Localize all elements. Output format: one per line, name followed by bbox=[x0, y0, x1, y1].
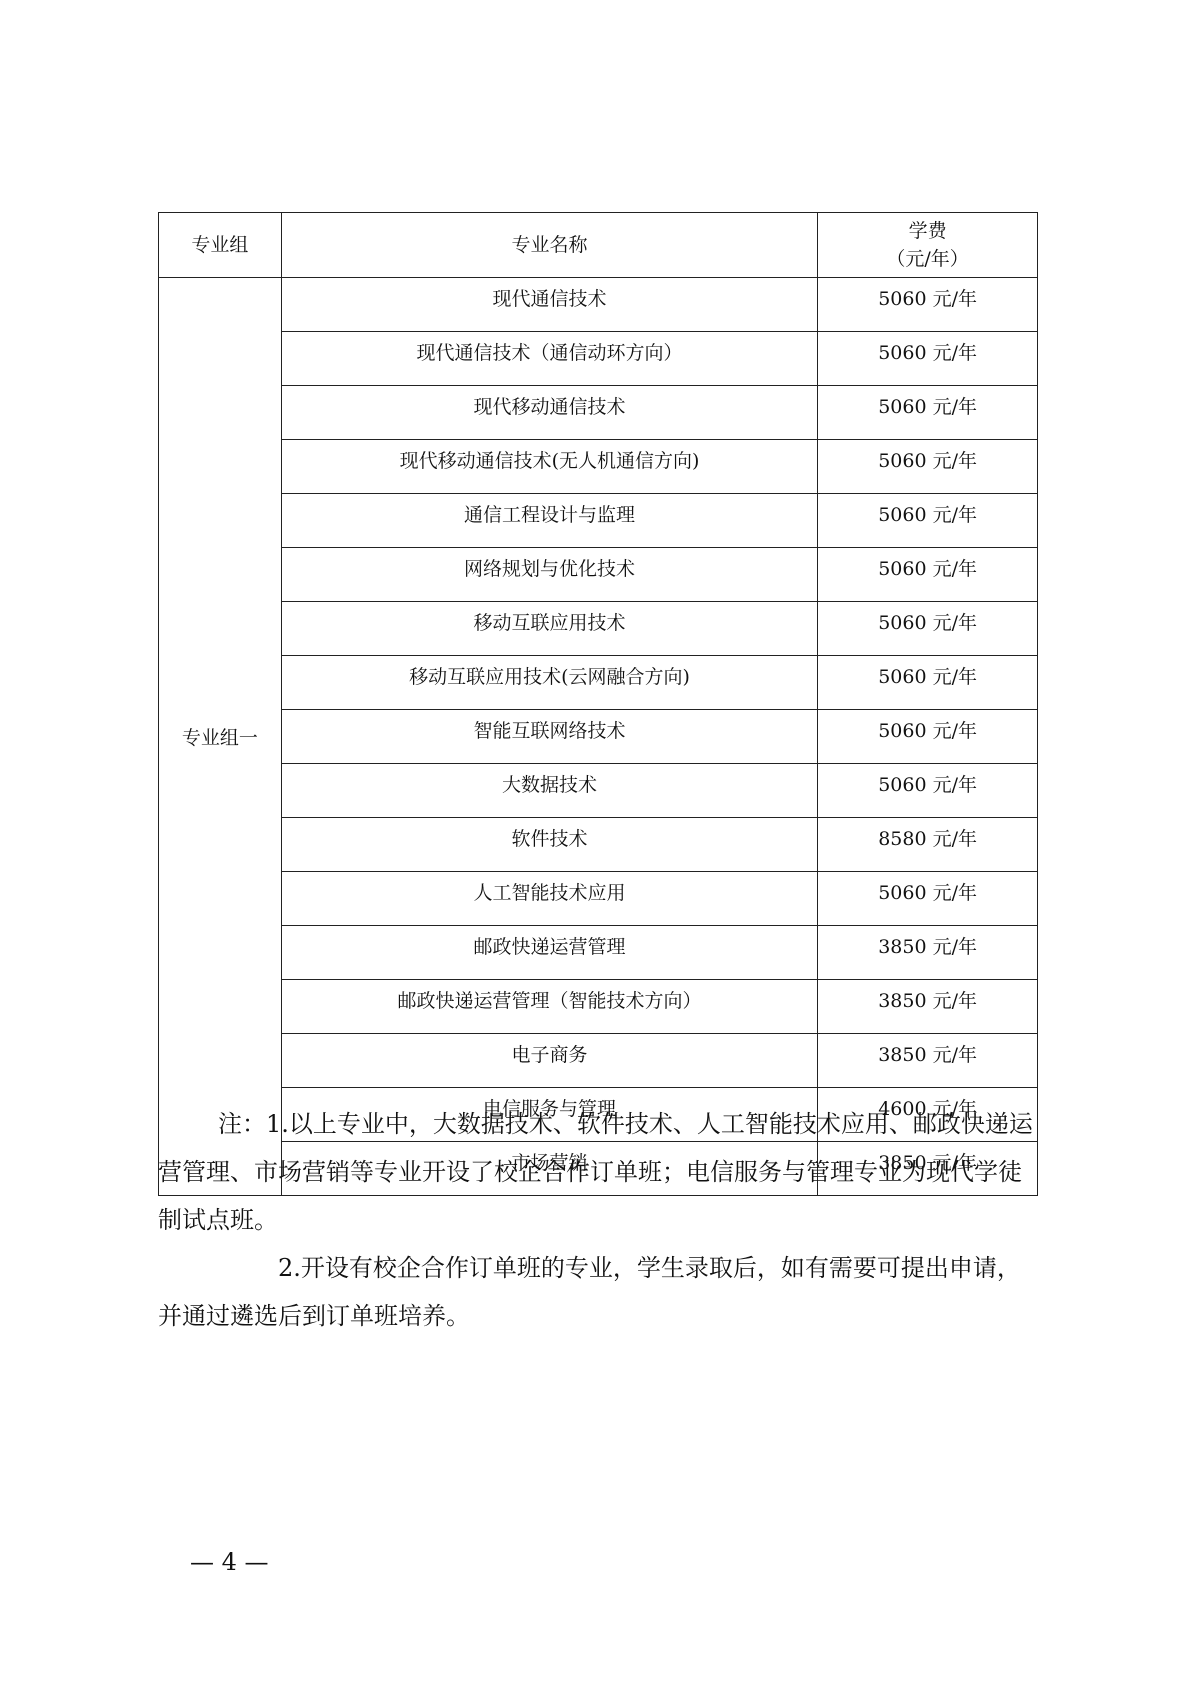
fee-cell: 3850 元/年 bbox=[818, 926, 1038, 980]
table-row: 电子商务3850 元/年 bbox=[159, 1034, 1038, 1088]
table-row: 邮政快递运营管理3850 元/年 bbox=[159, 926, 1038, 980]
major-name-cell: 邮政快递运营管理 bbox=[281, 926, 817, 980]
fee-cell: 5060 元/年 bbox=[818, 872, 1038, 926]
fee-cell: 3850 元/年 bbox=[818, 1034, 1038, 1088]
fee-cell: 5060 元/年 bbox=[818, 764, 1038, 818]
table-row: 网络规划与优化技术5060 元/年 bbox=[159, 548, 1038, 602]
fee-cell: 5060 元/年 bbox=[818, 386, 1038, 440]
table-row: 专业组一现代通信技术5060 元/年 bbox=[159, 278, 1038, 332]
fee-cell: 8580 元/年 bbox=[818, 818, 1038, 872]
group-cell: 专业组一 bbox=[159, 278, 282, 1196]
major-name-cell: 软件技术 bbox=[281, 818, 817, 872]
table-row: 软件技术8580 元/年 bbox=[159, 818, 1038, 872]
fee-cell: 5060 元/年 bbox=[818, 494, 1038, 548]
table-row: 通信工程设计与监理5060 元/年 bbox=[159, 494, 1038, 548]
header-major-name: 专业名称 bbox=[281, 213, 817, 278]
fee-cell: 5060 元/年 bbox=[818, 656, 1038, 710]
major-name-cell: 通信工程设计与监理 bbox=[281, 494, 817, 548]
header-group: 专业组 bbox=[159, 213, 282, 278]
major-name-cell: 网络规划与优化技术 bbox=[281, 548, 817, 602]
major-name-cell: 智能互联网络技术 bbox=[281, 710, 817, 764]
major-name-cell: 移动互联应用技术 bbox=[281, 602, 817, 656]
table-row: 邮政快递运营管理（智能技术方向）3850 元/年 bbox=[159, 980, 1038, 1034]
table-row: 现代通信技术（通信动环方向）5060 元/年 bbox=[159, 332, 1038, 386]
fee-cell: 5060 元/年 bbox=[818, 440, 1038, 494]
table-row: 移动互联应用技术5060 元/年 bbox=[159, 602, 1038, 656]
major-name-cell: 邮政快递运营管理（智能技术方向） bbox=[281, 980, 817, 1034]
major-name-cell: 大数据技术 bbox=[281, 764, 817, 818]
page-number: — 4 — bbox=[190, 1548, 269, 1576]
header-fee: 学费 （元/年） bbox=[818, 213, 1038, 278]
notes-section: 注：1.以上专业中，大数据技术、软件技术、人工智能技术应用、邮政快递运营管理、市… bbox=[158, 1100, 1038, 1340]
major-name-cell: 人工智能技术应用 bbox=[281, 872, 817, 926]
table-row: 人工智能技术应用5060 元/年 bbox=[159, 872, 1038, 926]
major-name-cell: 电子商务 bbox=[281, 1034, 817, 1088]
major-name-cell: 现代通信技术 bbox=[281, 278, 817, 332]
major-name-cell: 移动互联应用技术(云网融合方向) bbox=[281, 656, 817, 710]
header-fee-line1: 学费 bbox=[818, 217, 1037, 245]
table-row: 大数据技术5060 元/年 bbox=[159, 764, 1038, 818]
note-2: 2.开设有校企合作订单班的专业，学生录取后，如有需要可提出申请，并通过遴选后到订… bbox=[158, 1244, 1038, 1340]
table-row: 现代移动通信技术(无人机通信方向)5060 元/年 bbox=[159, 440, 1038, 494]
major-name-cell: 现代通信技术（通信动环方向） bbox=[281, 332, 817, 386]
table-body: 专业组一现代通信技术5060 元/年现代通信技术（通信动环方向）5060 元/年… bbox=[159, 278, 1038, 1196]
major-name-cell: 现代移动通信技术(无人机通信方向) bbox=[281, 440, 817, 494]
fee-cell: 5060 元/年 bbox=[818, 278, 1038, 332]
fee-cell: 3850 元/年 bbox=[818, 980, 1038, 1034]
note-1: 注：1.以上专业中，大数据技术、软件技术、人工智能技术应用、邮政快递运营管理、市… bbox=[158, 1100, 1038, 1244]
fee-cell: 5060 元/年 bbox=[818, 332, 1038, 386]
fee-cell: 5060 元/年 bbox=[818, 602, 1038, 656]
table-header-row: 专业组 专业名称 学费 （元/年） bbox=[159, 213, 1038, 278]
table-row: 移动互联应用技术(云网融合方向)5060 元/年 bbox=[159, 656, 1038, 710]
major-name-cell: 现代移动通信技术 bbox=[281, 386, 817, 440]
table-row: 现代移动通信技术5060 元/年 bbox=[159, 386, 1038, 440]
tuition-table: 专业组 专业名称 学费 （元/年） 专业组一现代通信技术5060 元/年现代通信… bbox=[158, 212, 1038, 1196]
table-row: 智能互联网络技术5060 元/年 bbox=[159, 710, 1038, 764]
header-fee-line2: （元/年） bbox=[818, 245, 1037, 273]
fee-cell: 5060 元/年 bbox=[818, 548, 1038, 602]
fee-cell: 5060 元/年 bbox=[818, 710, 1038, 764]
